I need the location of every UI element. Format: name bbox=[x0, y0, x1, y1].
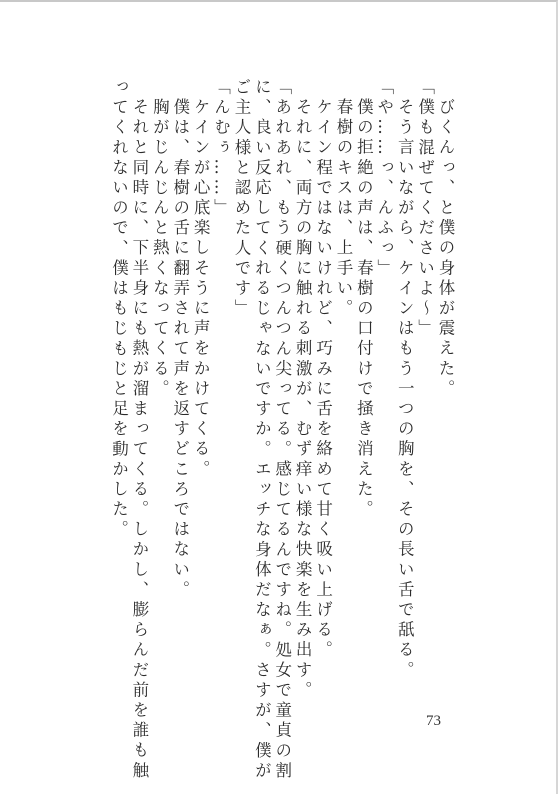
text-line-7: ケイン程ではないけれど、巧みに舌を絡めて甘く吸い上げる。 bbox=[312, 78, 332, 718]
text-line-14: 僕は、春樹の舌に翻弄されて声を返すどころではない。 bbox=[169, 78, 189, 718]
text-line-16: それと同時に、下半身にも熱が溜まってくる。しかし、膨らんだ前を誰も触 bbox=[129, 78, 149, 718]
text-line-15: 胸がじんじんと熱くなってくる。 bbox=[149, 78, 169, 718]
text-line-10: に、良い反応してくれるじゃないですか。エッチな身体だなぁ。さすが、僕が bbox=[251, 78, 271, 718]
vertical-text-body: びくんっ、と僕の身体が震えた。 「僕も混ぜてくださいよ～」 そう言いながら、ケイ… bbox=[108, 78, 455, 718]
text-line-4: 「や……っ、んふっ」 bbox=[373, 78, 393, 718]
text-line-17: ってくれないので、僕はもじもじと足を動かした。 bbox=[108, 78, 128, 718]
text-line-1: びくんっ、と僕の身体が震えた。 bbox=[435, 78, 455, 718]
text-line-9: 「あれあれ、もう硬くつんつん尖ってる。感じてるんですね。処女で童貞の割 bbox=[271, 78, 291, 718]
text-line-11: ご主人様と認めた人です」 bbox=[231, 78, 251, 718]
text-line-8: それに、両方の胸に触れる刺激が、むず痒い様な快楽を生み出す。 bbox=[292, 78, 312, 718]
text-line-12: 「んむぅ……」 bbox=[210, 78, 230, 718]
text-line-2: 「僕も混ぜてくださいよ～」 bbox=[414, 78, 434, 718]
text-line-3: そう言いながら、ケインはもう一つの胸を、その長い舌で舐る。 bbox=[394, 78, 414, 718]
text-line-5: 僕の拒絶の声は、春樹の口付けで掻き消えた。 bbox=[353, 78, 373, 718]
text-line-13: ケインが心底楽しそうに声をかけてくる。 bbox=[190, 78, 210, 718]
text-line-6: 春樹のキスは、上手い。 bbox=[333, 78, 353, 718]
page-number: 73 bbox=[426, 713, 441, 730]
